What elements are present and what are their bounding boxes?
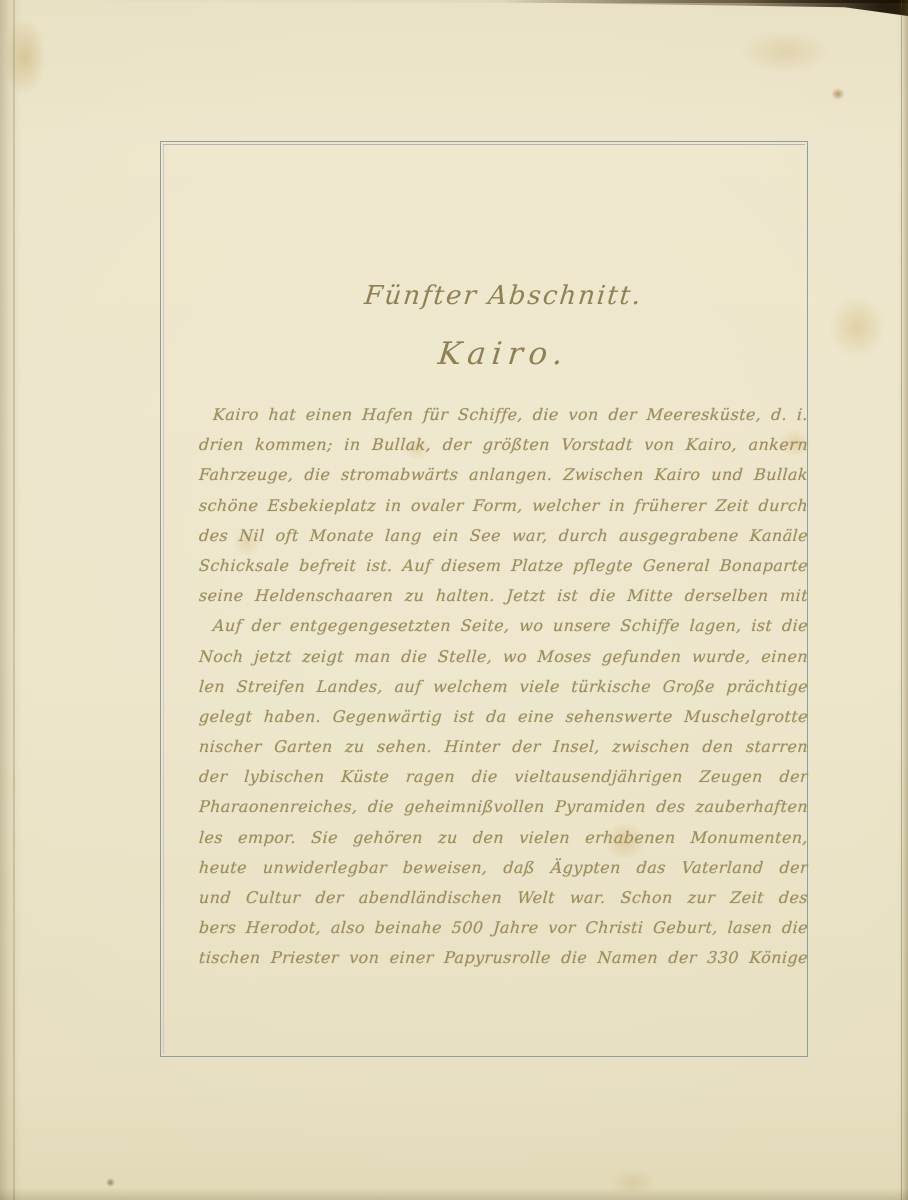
text-line: drien kommen; in Bullak, der größten Vor… [198,430,809,460]
foxing-spot [106,1178,115,1187]
foxing-stain [828,295,886,359]
text-line: der lybischen Küste ragen die vieltausen… [198,762,809,792]
text-line: nischer Garten zu sehen. Hinter der Inse… [198,732,809,762]
foxing-spot [831,88,845,100]
text-line: Kairo hat einen Hafen für Schiffe, die v… [198,400,809,430]
text-line: und Cultur der abendländischen Welt war.… [198,883,809,913]
page-right-edge [898,0,908,1200]
chapter-title: Kairo. [197,336,810,372]
book-top-edge-line [499,0,908,3]
text-line: Fahrzeuge, die stromabwärts anlangen. Zw… [198,460,809,490]
text-line: gelegt haben. Gegenwärtig ist da eine se… [198,702,809,732]
text-line: schöne Esbekieplatz in ovaler Form, welc… [198,491,809,521]
manuscript-page-photo: Fünfter Abschnitt. Kairo. Kairo hat eine… [0,0,908,1200]
text-line: les empor. Sie gehören zu den vielen erh… [198,823,809,853]
foxing-stain [740,30,830,74]
text-line: seine Heldenschaaren zu halten. Jetzt is… [198,581,809,611]
text-line: Pharaonenreiches, die geheimnißvollen Py… [198,792,809,822]
text-line: Schicksale befreit ist. Auf diesem Platz… [198,551,809,581]
text-line: Noch jetzt zeigt man die Stelle, wo Mose… [198,642,809,672]
text-line: tischen Priester von einer Papyrusrolle … [198,943,809,973]
text-line: Auf der entgegengesetzten Seite, wo unse… [198,611,809,641]
text-line: len Streifen Landes, auf welchem viele t… [198,672,809,702]
text-line: heute unwiderlegbar beweisen, daß Ägypte… [198,853,809,883]
text-line: des Nil oft Monate lang ein See war, dur… [198,521,809,551]
section-heading: Fünfter Abschnitt. [197,281,809,311]
page-right-edge-line [901,0,902,1200]
manuscript-body: Kairo hat einen Hafen für Schiffe, die v… [199,400,808,974]
book-gutter-shadow [0,0,22,1200]
gutter-fold-line [13,0,15,1200]
page-bottom-edge [0,1188,908,1200]
text-line: bers Herodot, also beinahe 500 Jahre vor… [198,913,809,943]
